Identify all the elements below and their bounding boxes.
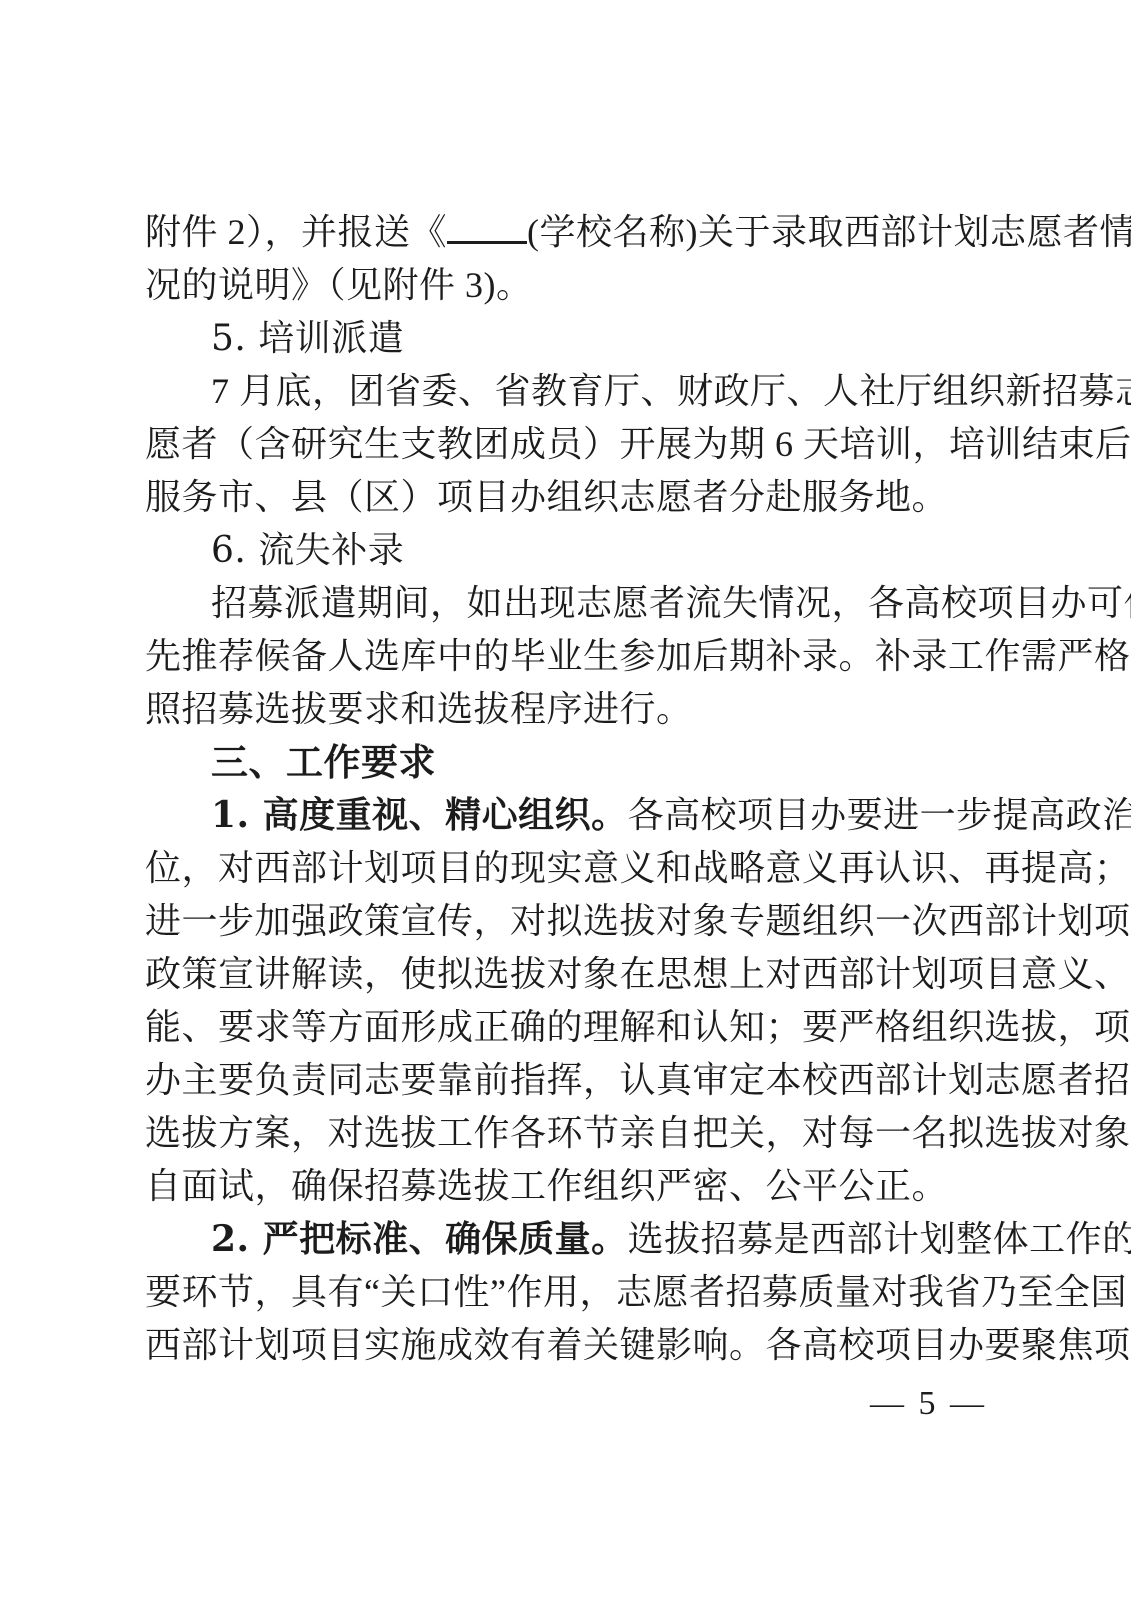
fill-in-blank-underline [447, 241, 527, 244]
document-body: 附件 2），并报送《(学校名称)关于录取西部计划志愿者情 况的说明》（见附件 3… [145, 206, 1017, 1372]
paragraph-line: 况的说明》（见附件 3)。 [145, 259, 1017, 312]
paragraph-lead-emphasis: 1. 高度重视、精心组织。 [211, 794, 628, 836]
paragraph-line: 愿者（含研究生支教团成员）开展为期 6 天培训，培训结束后， [145, 418, 1017, 471]
paragraph-line: 附件 2），并报送《(学校名称)关于录取西部计划志愿者情 [145, 206, 1017, 259]
paragraph-line: 7 月底，团省委、省教育厅、财政厅、人社厅组织新招募志 [145, 365, 1017, 418]
line-text: 附件 2），并报送《 [145, 212, 447, 252]
paragraph-line: 1. 高度重视、精心组织。各高校项目办要进一步提高政治站 [145, 789, 1017, 842]
paragraph-line: 选拔方案，对选拔工作各环节亲自把关，对每一名拟选拔对象亲 [145, 1107, 1017, 1160]
page-number: — 5 — [870, 1383, 987, 1425]
paragraph-line: 招募派遣期间，如出现志愿者流失情况，各高校项目办可优 [145, 577, 1017, 630]
paragraph-line: 办主要负责同志要靠前指挥，认真审定本校西部计划志愿者招募 [145, 1054, 1017, 1107]
paragraph-line: 2. 严把标准、确保质量。选拔招募是西部计划整体工作的重 [145, 1213, 1017, 1266]
paragraph-line: 照招募选拔要求和选拔程序进行。 [145, 683, 1017, 736]
subsection-heading-attrition-supplement: 6. 流失补录 [145, 524, 1017, 577]
paragraph-line: 西部计划项目实施成效有着关键影响。各高校项目办要聚焦项目 [145, 1319, 1017, 1372]
paragraph-line: 要环节，具有“关口性”作用，志愿者招募质量对我省乃至全国 [145, 1266, 1017, 1319]
line-text: 各高校项目办要进一步提高政治站 [628, 795, 1131, 835]
paragraph-line: 自面试，确保招募选拔工作组织严密、公平公正。 [145, 1160, 1017, 1213]
paragraph-line: 进一步加强政策宣传，对拟选拔对象专题组织一次西部计划项目 [145, 895, 1017, 948]
paragraph-line: 位，对西部计划项目的现实意义和战略意义再认识、再提高；要 [145, 842, 1017, 895]
paragraph-line: 政策宣讲解读，使拟选拔对象在思想上对西部计划项目意义、功 [145, 948, 1017, 1001]
paragraph-line: 服务市、县（区）项目办组织志愿者分赴服务地。 [145, 471, 1017, 524]
document-page: 附件 2），并报送《(学校名称)关于录取西部计划志愿者情 况的说明》（见附件 3… [0, 0, 1131, 1600]
paragraph-line: 能、要求等方面形成正确的理解和认知；要严格组织选拔，项目 [145, 1001, 1017, 1054]
line-text: 选拔招募是西部计划整体工作的重 [628, 1219, 1131, 1259]
paragraph-lead-emphasis: 2. 严把标准、确保质量。 [211, 1218, 628, 1260]
paragraph-line: 先推荐候备人选库中的毕业生参加后期补录。补录工作需严格按 [145, 630, 1017, 683]
line-text: (学校名称)关于录取西部计划志愿者情 [527, 212, 1131, 252]
subsection-heading-training-dispatch: 5. 培训派遣 [145, 312, 1017, 365]
section-heading-work-requirements: 三、工作要求 [145, 736, 1017, 789]
